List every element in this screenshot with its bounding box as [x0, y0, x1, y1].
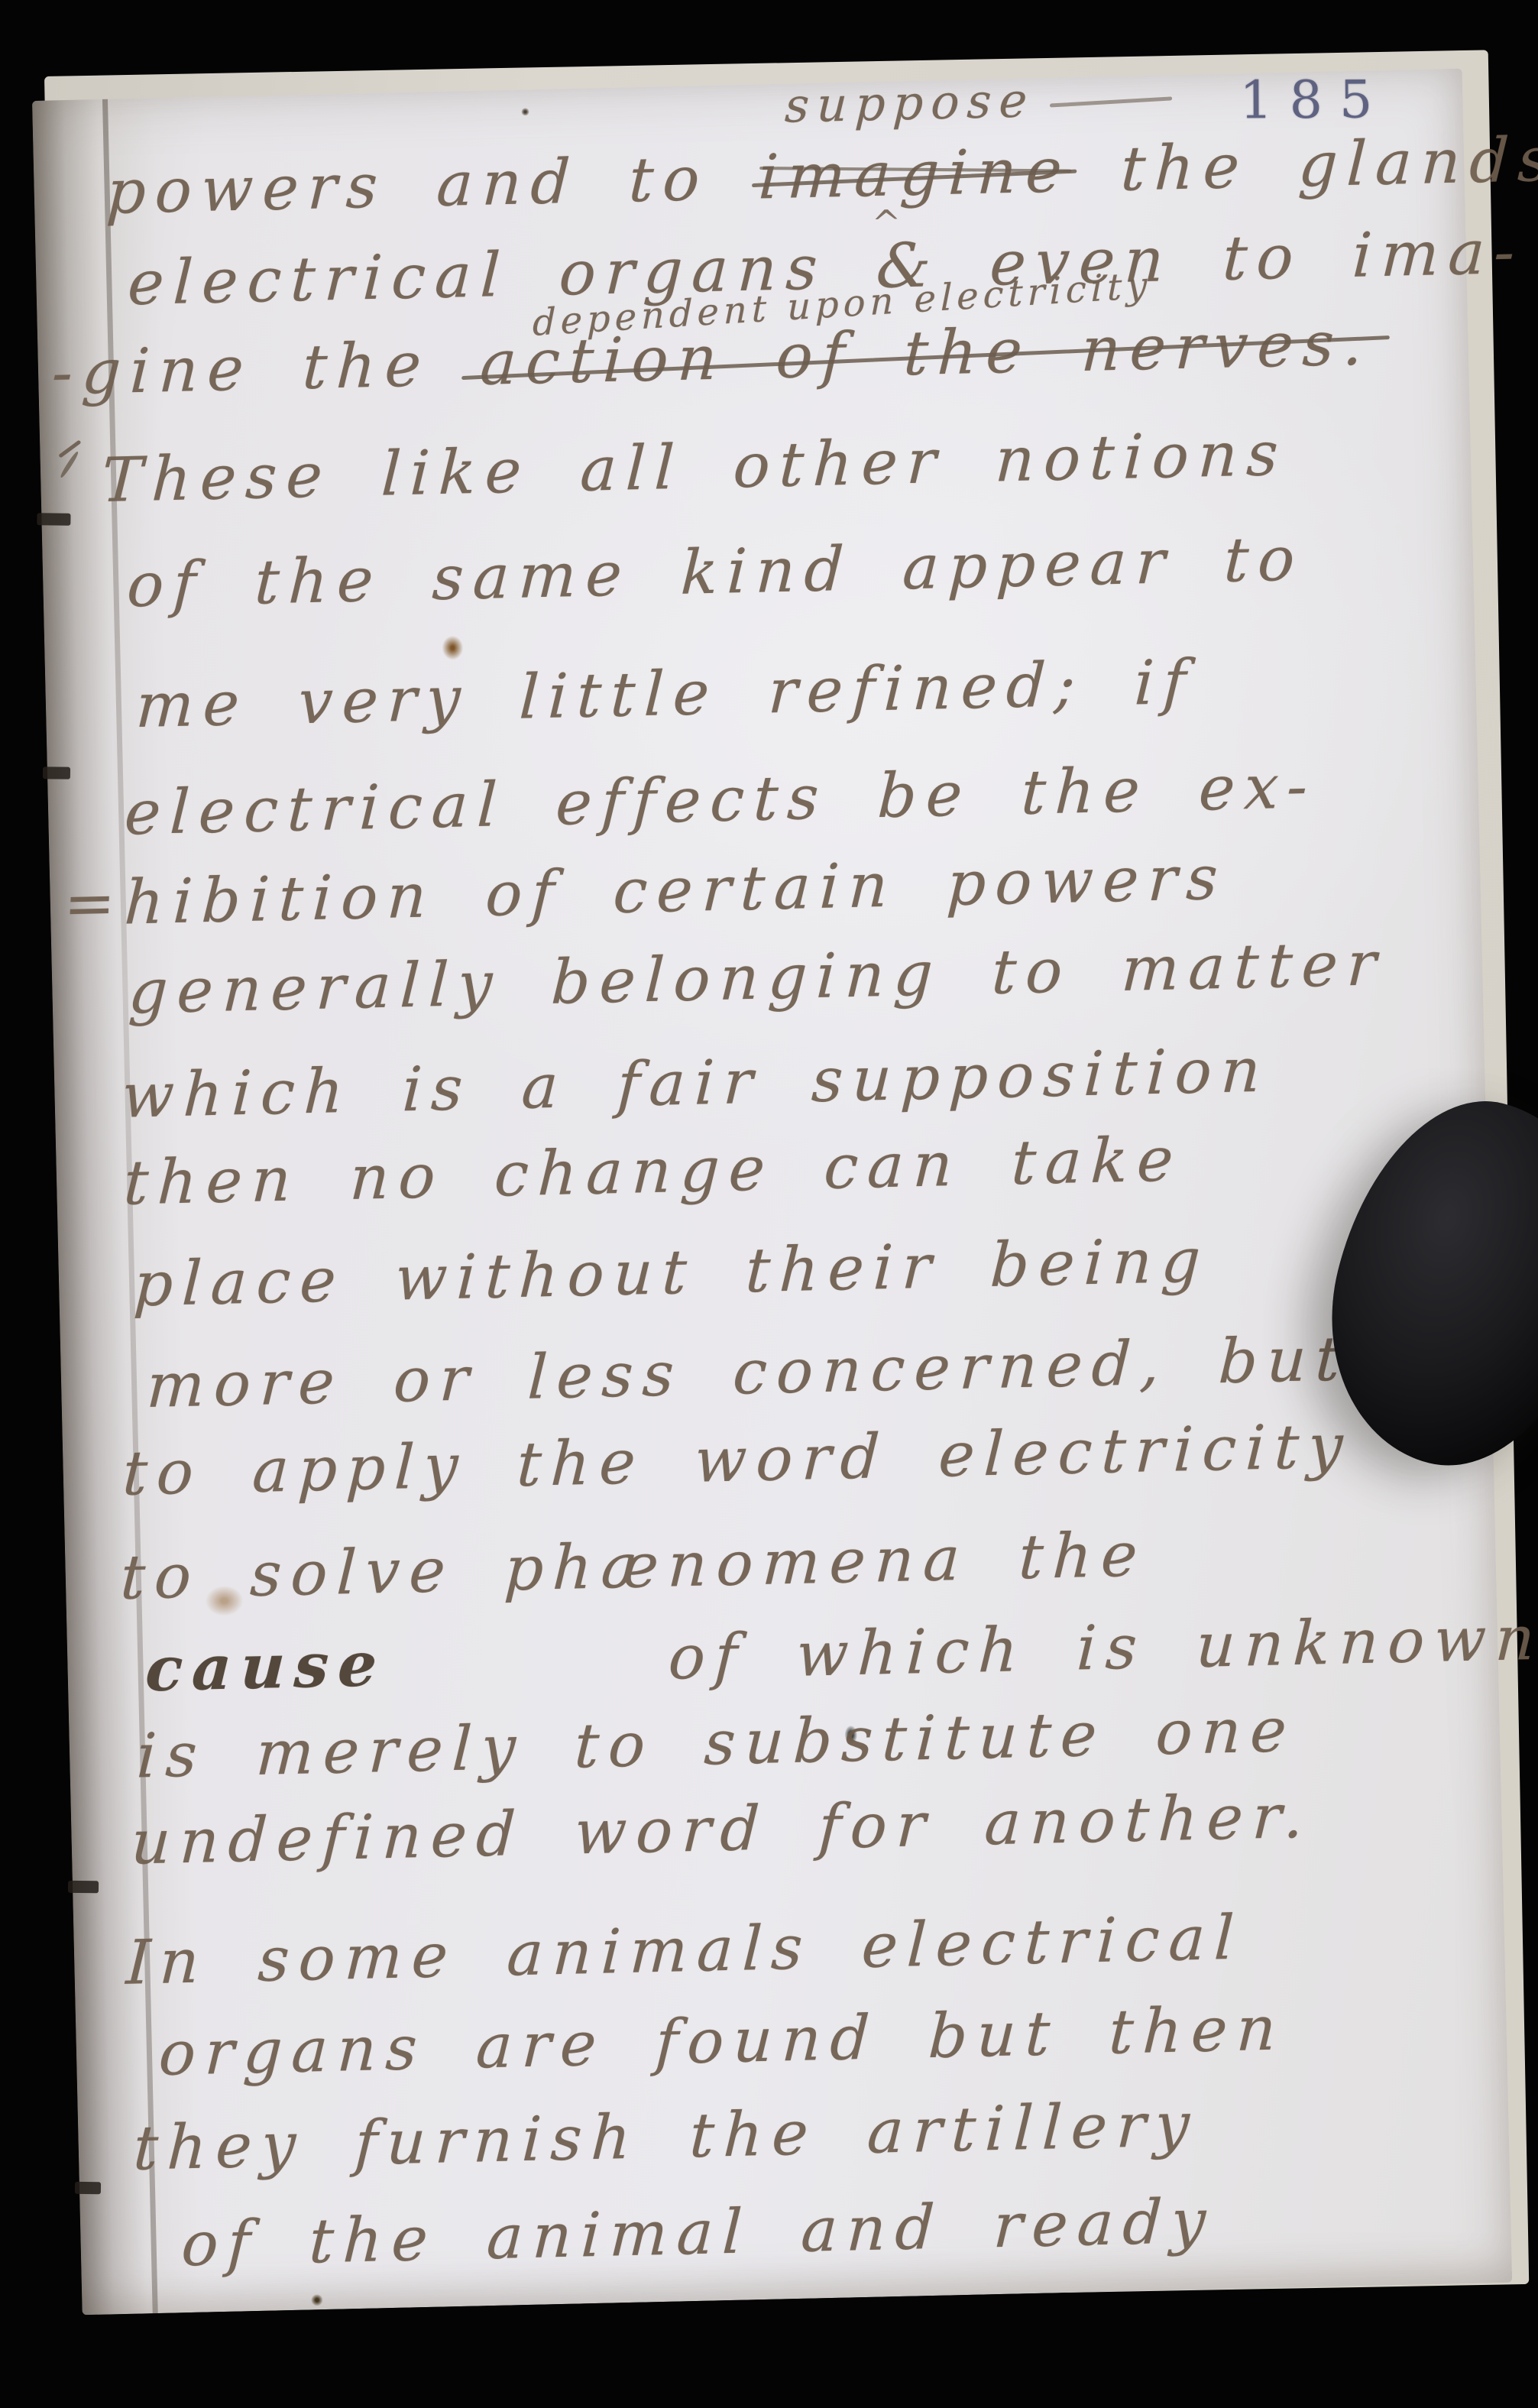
line-text: -gine the	[50, 328, 482, 409]
line-text: electrical effects be the ex-	[123, 750, 1318, 849]
ink-stain	[442, 635, 464, 660]
manuscript-line: undefined word for another.	[130, 1780, 1315, 1878]
ink-stain	[521, 108, 529, 115]
binding-notch	[43, 766, 70, 779]
line-text: powers and to	[105, 141, 761, 227]
manuscript-line: powers and to imagine the glands	[105, 124, 1538, 228]
line-text: the glands	[1070, 124, 1538, 206]
line-text: me very little refined; if	[134, 647, 1196, 742]
line-text: These like all other notions	[100, 418, 1289, 516]
manuscript-line: In some animals electrical	[125, 1902, 1245, 1998]
line-text: then no change can take	[122, 1123, 1184, 1219]
manuscript-line: These like all other notions	[100, 418, 1289, 516]
book-page: 185 suppose ^ dependent upon electricity…	[32, 69, 1512, 2316]
manuscript-line: of the animal and ready	[180, 2186, 1216, 2280]
line-text: of which is unknown	[667, 1603, 1538, 1693]
manuscript-line: place without their being	[132, 1224, 1211, 1320]
manuscript-line: of the same kind appear to	[125, 523, 1305, 621]
manuscript-line: more or less concerned, but	[145, 1323, 1351, 1421]
manuscript-line: me very little refined; if	[134, 647, 1196, 742]
emphasized-word: cause	[144, 1628, 387, 1705]
manuscript-line: which is a fair supposition	[120, 1035, 1271, 1132]
line-text: which is a fair supposition	[120, 1035, 1271, 1132]
line-text: undefined word for another.	[130, 1780, 1315, 1878]
line-text: generally belonging to matter	[127, 928, 1387, 1027]
line-text: to apply the word electricity	[121, 1410, 1354, 1509]
binding-notch	[37, 513, 70, 526]
manuscript-line: electrical effects be the ex-	[123, 750, 1318, 849]
line-text: is merely to substitute one	[135, 1694, 1297, 1792]
manuscript-line: causeof which is unknown	[144, 1602, 1538, 1706]
binding-notch	[68, 1881, 99, 1893]
page-number: 185	[1239, 70, 1389, 131]
manuscript-line: to apply the word electricity	[121, 1410, 1354, 1509]
line-text: place without their being	[132, 1224, 1211, 1320]
manuscript-line: -gine the action of the nerves.	[50, 307, 1374, 408]
line-text: they furnish the artillery	[132, 2089, 1200, 2184]
binding-notch	[75, 2182, 101, 2194]
line-text: In some animals electrical	[125, 1902, 1245, 1998]
line-text: of the animal and ready	[180, 2186, 1216, 2280]
line-text: of the same kind appear to	[125, 523, 1305, 621]
manuscript-photo: 185 suppose ^ dependent upon electricity…	[0, 0, 1538, 2408]
manuscript-line: organs are found but then	[157, 1992, 1287, 2089]
manuscript-line: to solve phænomena the	[119, 1518, 1148, 1613]
manuscript-line: generally belonging to matter	[127, 928, 1387, 1027]
manuscript-line: they furnish the artillery	[132, 2089, 1200, 2184]
line-text: to solve phænomena the	[119, 1518, 1148, 1613]
manuscript-line: is merely to substitute one	[135, 1694, 1297, 1792]
struck-word: imagine	[757, 134, 1073, 212]
insertion-suppose: suppose	[784, 69, 1174, 134]
margin-ink-mark	[52, 442, 88, 488]
ink-stain	[311, 2294, 322, 2306]
manuscript-line: then no change can take	[122, 1123, 1184, 1219]
line-text: more or less concerned, but	[145, 1323, 1351, 1421]
line-text: organs are found but then	[157, 1992, 1287, 2089]
manuscript-line: =hibition of certain powers	[63, 842, 1229, 940]
line-text: =hibition of certain powers	[63, 842, 1229, 940]
